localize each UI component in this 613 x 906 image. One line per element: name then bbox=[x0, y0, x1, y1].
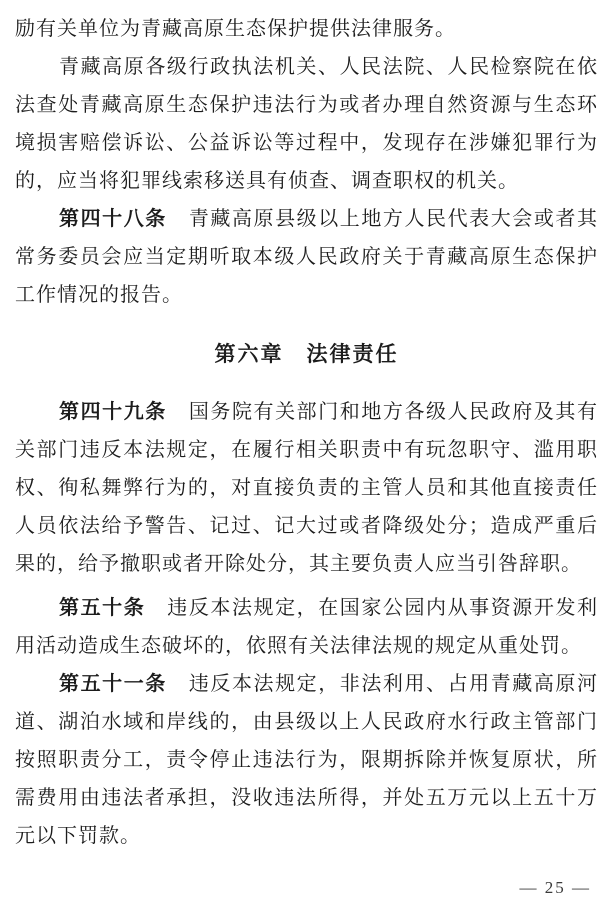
paragraph-continuation: 励有关单位为青藏高原生态保护提供法律服务。 bbox=[15, 10, 598, 48]
article-50-number: 第五十条 bbox=[59, 597, 145, 619]
article-49: 第四十九条国务院有关部门和地方各级人民政府及其有关部门违反本法规定，在履行相关职… bbox=[15, 393, 598, 583]
article-48-number: 第四十八条 bbox=[59, 208, 167, 230]
article-51-text: 违反本法规定，非法利用、占用青藏高原河道、湖泊水域和岸线的，由县级以上人民政府水… bbox=[15, 673, 598, 847]
article-51: 第五十一条违反本法规定，非法利用、占用青藏高原河道、湖泊水域和岸线的，由县级以上… bbox=[15, 665, 598, 855]
article-51-number: 第五十一条 bbox=[59, 673, 167, 695]
document-page: 励有关单位为青藏高原生态保护提供法律服务。 青藏高原各级行政执法机关、人民法院、… bbox=[0, 0, 613, 906]
article-50: 第五十条违反本法规定，在国家公园内从事资源开发利用活动造成生态破坏的，依照有关法… bbox=[15, 589, 598, 665]
article-48: 第四十八条青藏高原县级以上地方人民代表大会或者其常务委员会应当定期听取本级人民政… bbox=[15, 200, 598, 314]
article-49-text: 国务院有关部门和地方各级人民政府及其有关部门违反本法规定，在履行相关职责中有玩忽… bbox=[15, 401, 598, 575]
paragraph-enforcement: 青藏高原各级行政执法机关、人民法院、人民检察院在依法查处青藏高原生态保护违法行为… bbox=[15, 48, 598, 200]
chapter-heading: 第六章 法律责任 bbox=[15, 336, 598, 374]
page-number: — 25 — bbox=[520, 878, 592, 898]
article-49-number: 第四十九条 bbox=[59, 401, 167, 423]
